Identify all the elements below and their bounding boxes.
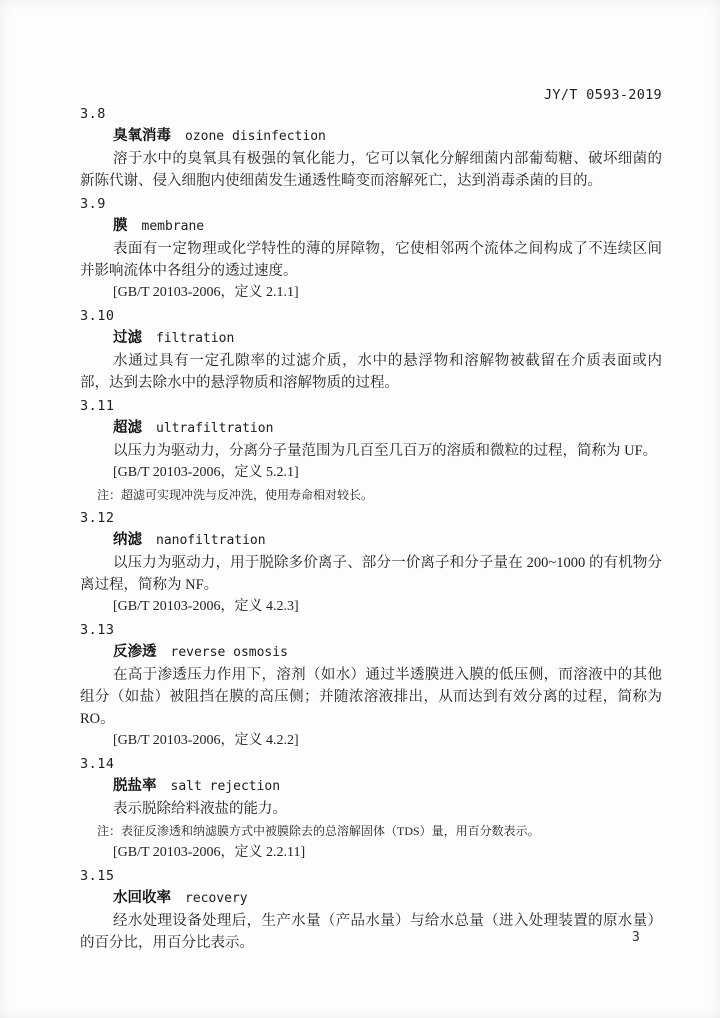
section-number: 3.11 <box>80 395 662 417</box>
term-english: nanofiltration <box>156 533 266 548</box>
term-section: 3.14 脱盐率salt rejection 表示脱除给料液盐的能力。注：表征反… <box>80 753 662 864</box>
term-english: filtration <box>156 331 234 346</box>
definition-text: 表面有一定物理或化学特性的薄的屏障物，它使相邻两个流体之间构成了不连续区间并影响… <box>80 238 662 282</box>
section-number: 3.15 <box>80 865 662 887</box>
section-blocks: 经水处理设备处理后，生产水量（产品水量）与给水总量（进入处理装置的原水量）的百分… <box>80 910 662 954</box>
term-chinese: 水回收率 <box>113 890 171 906</box>
section-blocks: 在高于渗透压力作用下，溶剂（如水）通过半透膜进入膜的低压侧，而溶液中的其他组分（… <box>80 664 662 752</box>
term-english: ozone disinfection <box>185 129 326 144</box>
term-section: 3.8 臭氧消毒ozone disinfection 溶于水中的臭氧具有极强的氧… <box>80 103 662 192</box>
term-line: 反渗透reverse osmosis <box>80 641 662 664</box>
terms-and-definitions-list: 3.8 臭氧消毒ozone disinfection 溶于水中的臭氧具有极强的氧… <box>80 102 662 954</box>
source-reference: [GB/T 20103-2006，定义 4.2.2] <box>80 730 662 752</box>
term-line: 过滤filtration <box>80 327 662 350</box>
section-number: 3.9 <box>80 193 662 215</box>
source-reference: [GB/T 20103-2006，定义 4.2.3] <box>80 596 662 618</box>
document-code: JY/T 0593-2019 <box>544 87 662 103</box>
term-section: 3.13 反渗透reverse osmosis 在高于渗透压力作用下，溶剂（如水… <box>80 619 662 752</box>
term-chinese: 纳滤 <box>113 532 142 548</box>
term-english: reverse osmosis <box>171 645 288 660</box>
term-chinese: 反渗透 <box>113 644 157 660</box>
definition-text: 以压力为驱动力，分离分子量范围为几百至几百万的溶质和微粒的过程，简称为 UF。 <box>80 440 662 462</box>
term-line: 臭氧消毒ozone disinfection <box>80 125 662 148</box>
term-line: 水回收率recovery <box>80 887 662 910</box>
term-chinese: 超滤 <box>113 420 142 436</box>
term-section: 3.9 膜membrane 表面有一定物理或化学特性的薄的屏障物，它使相邻两个流… <box>80 193 662 304</box>
section-blocks: 以压力为驱动力，分离分子量范围为几百至几百万的溶质和微粒的过程，简称为 UF。[… <box>80 440 662 506</box>
term-english: recovery <box>185 891 248 906</box>
document-page: JY/T 0593-2019 3.8 臭氧消毒ozone disinfectio… <box>0 0 720 1018</box>
term-english: salt rejection <box>171 779 281 794</box>
definition-text: 经水处理设备处理后，生产水量（产品水量）与给水总量（进入处理装置的原水量）的百分… <box>80 910 662 954</box>
definition-text: 溶于水中的臭氧具有极强的氧化能力，它可以氧化分解细菌内部葡萄糖、破坏细菌的新陈代… <box>80 148 662 192</box>
term-section: 3.15 水回收率recovery 经水处理设备处理后，生产水量（产品水量）与给… <box>80 865 662 954</box>
term-chinese: 臭氧消毒 <box>113 128 171 144</box>
term-section: 3.11 超滤ultrafiltration 以压力为驱动力，分离分子量范围为几… <box>80 395 662 506</box>
section-number: 3.8 <box>80 103 662 125</box>
term-section: 3.10 过滤filtration 水通过具有一定孔隙率的过滤介质，水中的悬浮物… <box>80 305 662 394</box>
term-chinese: 过滤 <box>113 330 142 346</box>
term-english: ultrafiltration <box>156 421 273 436</box>
note-text: 注：表征反渗透和纳滤膜方式中被膜除去的总溶解固体（TDS）量，用百分数表示。 <box>80 820 662 842</box>
section-number: 3.10 <box>80 305 662 327</box>
term-chinese: 膜 <box>113 218 128 234</box>
definition-text: 水通过具有一定孔隙率的过滤介质，水中的悬浮物和溶解物被截留在介质表面或内部，达到… <box>80 350 662 394</box>
section-blocks: 溶于水中的臭氧具有极强的氧化能力，它可以氧化分解细菌内部葡萄糖、破坏细菌的新陈代… <box>80 148 662 192</box>
note-text: 注：超滤可实现冲洗与反冲洗，使用寿命相对较长。 <box>80 484 662 506</box>
term-english: membrane <box>142 219 205 234</box>
section-blocks: 以压力为驱动力，用于脱除多价离子、部分一价离子和分子量在 200~1000 的有… <box>80 552 662 618</box>
source-reference: [GB/T 20103-2006，定义 2.1.1] <box>80 282 662 304</box>
definition-text: 表示脱除给料液盐的能力。 <box>80 798 662 820</box>
section-number: 3.14 <box>80 753 662 775</box>
term-line: 纳滤nanofiltration <box>80 529 662 552</box>
term-line: 膜membrane <box>80 215 662 238</box>
section-number: 3.13 <box>80 619 662 641</box>
term-line: 脱盐率salt rejection <box>80 775 662 798</box>
section-number: 3.12 <box>80 507 662 529</box>
term-line: 超滤ultrafiltration <box>80 417 662 440</box>
page-number: 3 <box>632 930 640 945</box>
term-section: 3.12 纳滤nanofiltration 以压力为驱动力，用于脱除多价离子、部… <box>80 507 662 618</box>
source-reference: [GB/T 20103-2006，定义 2.2.11] <box>80 842 662 864</box>
source-reference: [GB/T 20103-2006，定义 5.2.1] <box>80 462 662 484</box>
section-blocks: 表面有一定物理或化学特性的薄的屏障物，它使相邻两个流体之间构成了不连续区间并影响… <box>80 238 662 304</box>
definition-text: 在高于渗透压力作用下，溶剂（如水）通过半透膜进入膜的低压侧，而溶液中的其他组分（… <box>80 664 662 730</box>
section-blocks: 水通过具有一定孔隙率的过滤介质，水中的悬浮物和溶解物被截留在介质表面或内部，达到… <box>80 350 662 394</box>
definition-text: 以压力为驱动力，用于脱除多价离子、部分一价离子和分子量在 200~1000 的有… <box>80 552 662 596</box>
section-blocks: 表示脱除给料液盐的能力。注：表征反渗透和纳滤膜方式中被膜除去的总溶解固体（TDS… <box>80 798 662 864</box>
term-chinese: 脱盐率 <box>113 778 157 794</box>
